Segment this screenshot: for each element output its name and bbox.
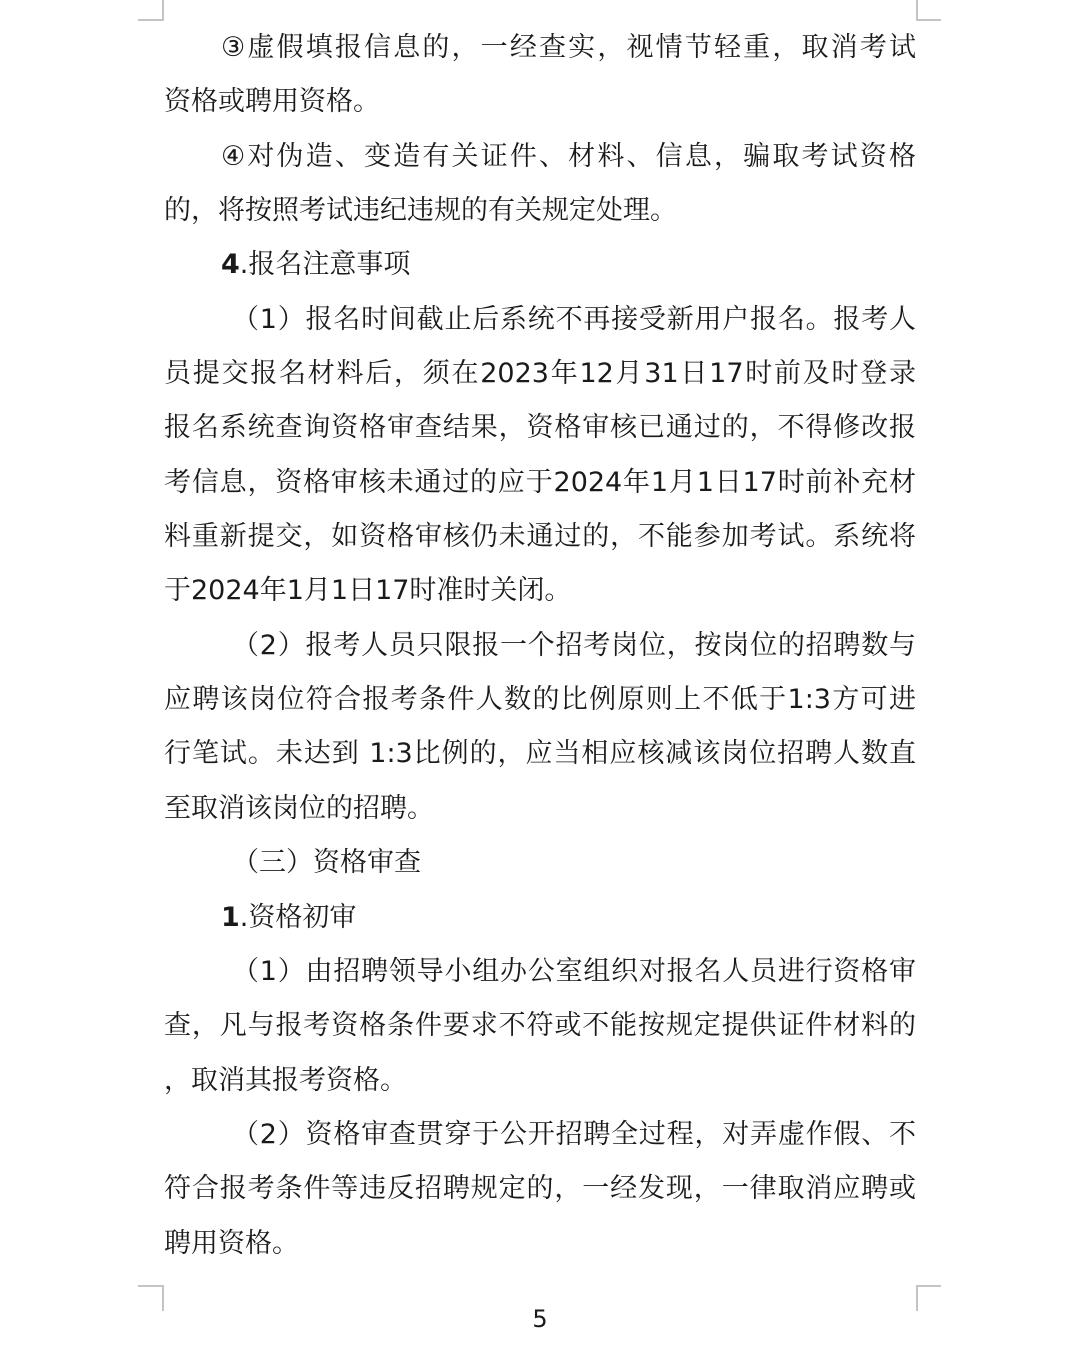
crop-mark-top-left-h (138, 19, 164, 21)
paragraph-line: ，取消其报考资格。 (164, 1061, 916, 1101)
paragraph-line: ④对伪造、变造有关证件、材料、信息，骗取考试资格 (221, 137, 916, 177)
crop-mark-bottom-right-h (916, 1285, 941, 1287)
paragraph-line: ③虚假填报信息的，一经查实，视情节轻重，取消考试 (221, 28, 916, 68)
paragraph-line: 报名系统查询资格审查结果，资格审核已通过的，不得修改报 (164, 408, 916, 448)
paragraph-line: （三）资格审查 (232, 843, 916, 883)
page-number: 5 (0, 1305, 1080, 1333)
paragraph-line: 的，将按照考试违纪违规的有关规定处理。 (164, 191, 916, 231)
paragraph-line: 符合报考条件等违反招聘规定的，一经发现，一律取消应聘或 (164, 1169, 916, 1209)
paragraph-line: 行笔试。未达到 1:3比例的，应当相应核减该岗位招聘人数直 (164, 734, 916, 774)
paragraph-line: （1）报名时间截止后系统不再接受新用户报名。报考人 (232, 300, 916, 340)
paragraph-line: 于2024年1月1日17时准时关闭。 (164, 571, 916, 611)
paragraph-line: （2）资格审查贯穿于公开招聘全过程，对弄虚作假、不 (232, 1115, 916, 1155)
crop-mark-bottom-left-h (138, 1285, 164, 1287)
paragraph-line: （1）由招聘领导小组办公室组织对报名人员进行资格审 (232, 952, 916, 992)
paragraph-line: 至取消该岗位的招聘。 (164, 789, 916, 829)
paragraph-line: 查，凡与报考资格条件要求不符或不能按规定提供证件材料的 (164, 1006, 916, 1046)
crop-mark-top-right-h (916, 19, 941, 21)
paragraph-line: 资格或聘用资格。 (164, 82, 916, 122)
paragraph-line: 员提交报名材料后，须在2023年12月31日17时前及时登录 (164, 354, 916, 394)
paragraph-line: 料重新提交，如资格审核仍未通过的，不能参加考试。系统将 (164, 517, 916, 557)
paragraph-line: 聘用资格。 (164, 1224, 916, 1264)
crop-mark-top-left-v (162, 0, 164, 20)
paragraph-line: 考信息，资格审核未通过的应于2024年1月1日17时前补充材 (164, 463, 916, 503)
section-heading: 4.报名注意事项 (221, 245, 916, 285)
section-heading: 1.资格初审 (221, 898, 916, 938)
paragraph-line: 应聘该岗位符合报考条件人数的比例原则上不低于1:3方可进 (164, 680, 916, 720)
paragraph-line: （2）报考人员只限报一个招考岗位，按岗位的招聘数与 (232, 626, 916, 666)
crop-mark-top-right-v (916, 0, 918, 20)
